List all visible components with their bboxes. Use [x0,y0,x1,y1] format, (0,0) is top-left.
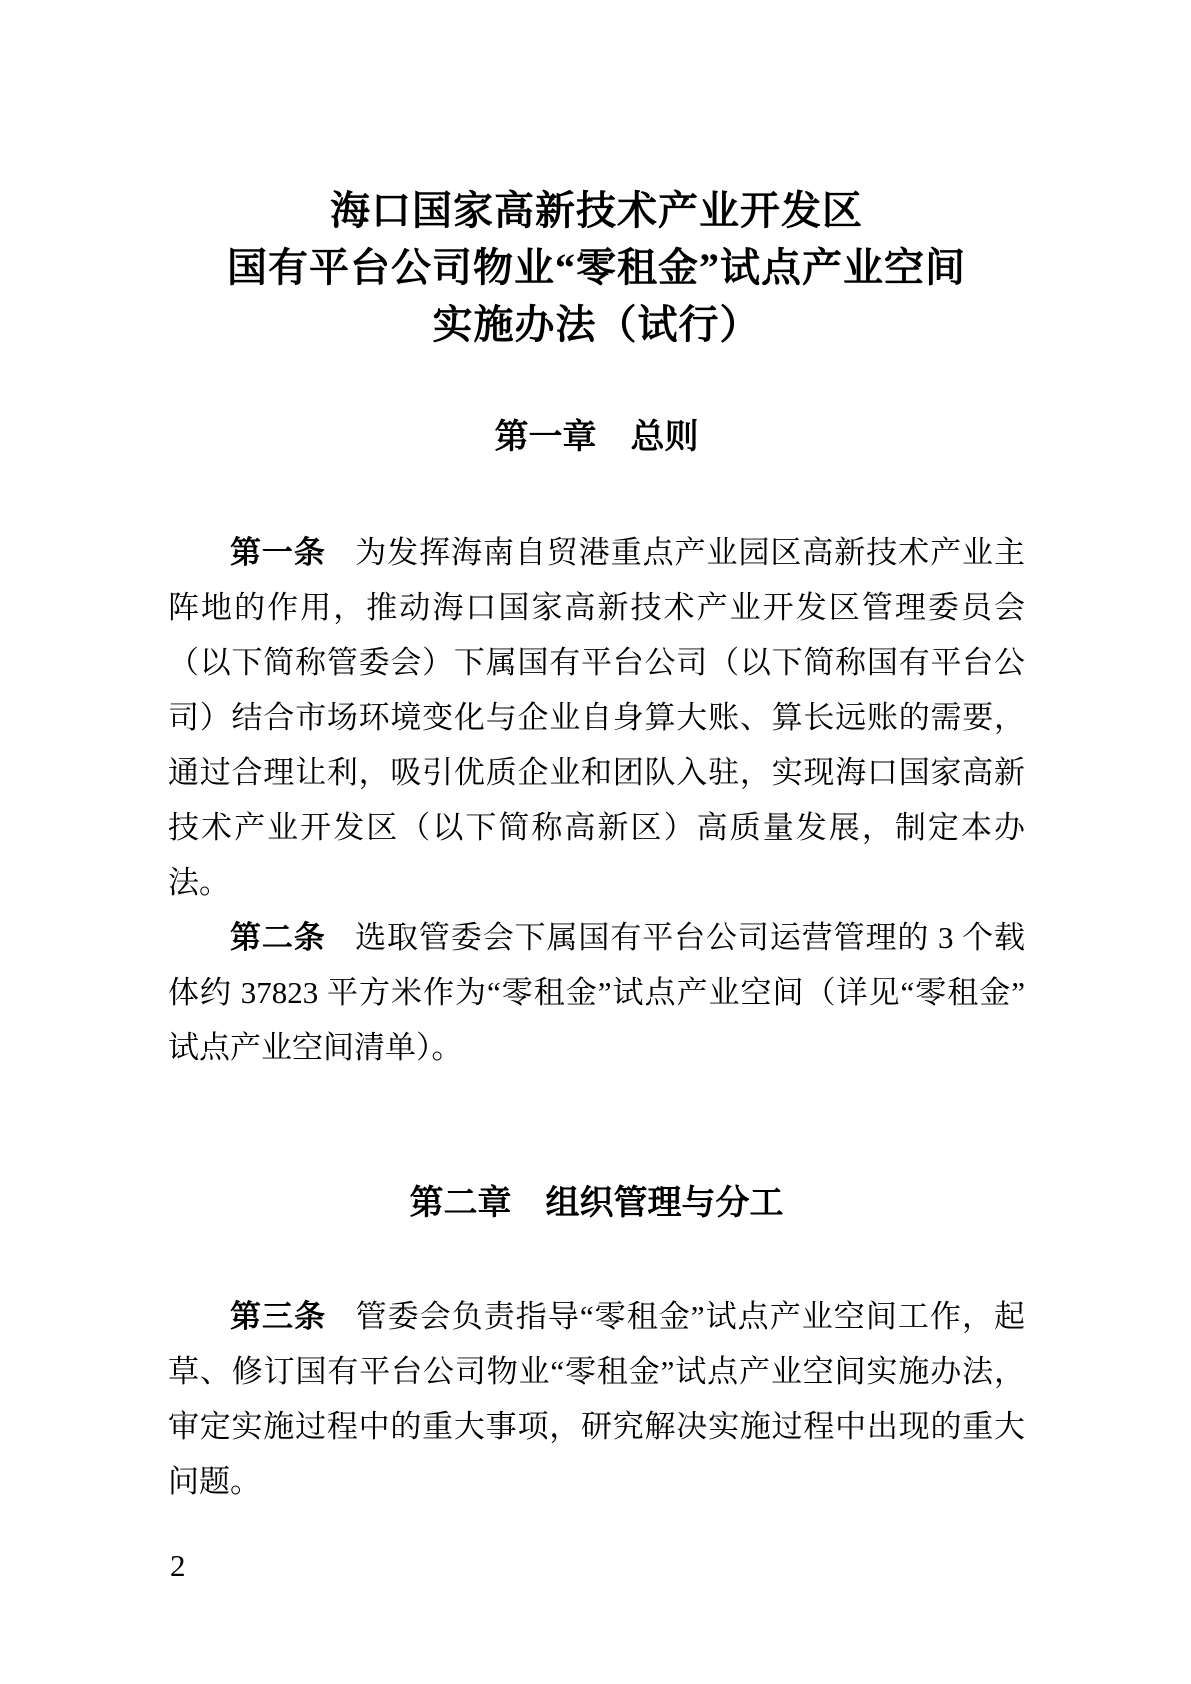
article-3-label: 第三条 [230,1299,326,1334]
document-title-line-3: 实施办法（试行） [168,296,1025,353]
article-2-label: 第二条 [230,920,326,955]
page-number: 2 [170,1548,186,1584]
document-title-line-1: 海口国家高新技术产业开发区 [168,182,1025,239]
article-1-text: 为发挥海南自贸港重点产业园区高新技术产业主阵地的作用，推动海口国家高新技术产业开… [168,535,1025,900]
article-2-paragraph: 第二条选取管委会下属国有平台公司运营管理的 3 个载体约 37823 平方米作为… [168,910,1025,1075]
document-title-line-2: 国有平台公司物业“零租金”试点产业空间 [168,239,1025,296]
article-3-paragraph: 第三条管委会负责指导“零租金”试点产业空间工作，起草、修订国有平台公司物业“零租… [168,1289,1025,1509]
document-page: 海口国家高新技术产业开发区 国有平台公司物业“零租金”试点产业空间 实施办法（试… [0,0,1191,1684]
chapter-1-heading: 第一章 总则 [168,413,1025,461]
document-title: 海口国家高新技术产业开发区 国有平台公司物业“零租金”试点产业空间 实施办法（试… [168,182,1025,353]
article-1-paragraph: 第一条为发挥海南自贸港重点产业园区高新技术产业主阵地的作用，推动海口国家高新技术… [168,525,1025,910]
document-content: 海口国家高新技术产业开发区 国有平台公司物业“零租金”试点产业空间 实施办法（试… [0,0,1191,1509]
chapter-2-heading: 第二章 组织管理与分工 [168,1179,1025,1227]
article-1-label: 第一条 [230,535,326,570]
